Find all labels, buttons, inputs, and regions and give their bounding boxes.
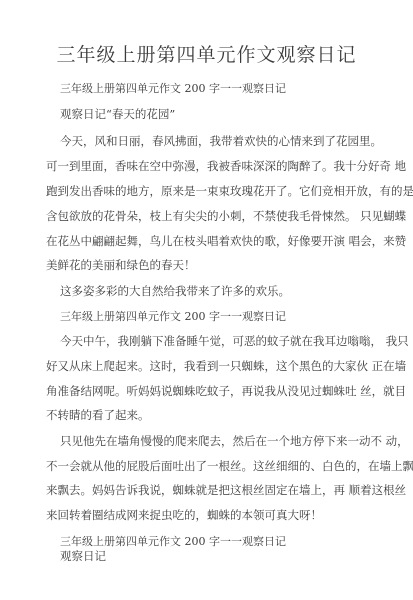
paragraph-line: 不一会就从他的屁股后面吐出了一根丝。这丝细细的、白色的，在墙上飘 bbox=[46, 458, 368, 474]
section-heading: 三年级上册第四单元作文 200 字一一观察日记 bbox=[60, 308, 286, 324]
diary-subtitle: 观察日记 bbox=[60, 548, 106, 564]
paragraph-line: 角准备结网呢。听妈妈说蜘蛛吃蚊子，再说我从没见过蜘蛛吐 丝，就目 bbox=[46, 383, 368, 399]
paragraph-line: 含包欲放的花骨朵，枝上有尖尖的小刺，不禁使我毛骨悚然。 只见蝴蝶 bbox=[46, 208, 368, 224]
paragraph-line: 在花丛中翩翩起舞，鸟儿在枝头唱着欢快的歌，好像要开演 唱会，来赞 bbox=[46, 233, 368, 249]
section-heading: 三年级上册第四单元作文 200 字一一观察日记 bbox=[60, 533, 286, 549]
paragraph-line: 来飘去。妈妈告诉我说，蜘蛛就是把这根丝固定在墙上，再 顺着这根丝 bbox=[46, 482, 368, 498]
paragraph-line: 不转睛的看了起来。 bbox=[46, 407, 368, 423]
paragraph-line: 这多姿多彩的大自然给我带来了许多的欢乐。 bbox=[60, 283, 290, 299]
paragraph-line: 今天中午，我刚躺下准备睡午觉，可恶的蚊子就在我耳边嗡嗡， 我只 bbox=[60, 333, 409, 349]
paragraph-line: 跑到发出香味的地方，原来是一束束玫瑰花开了。它们竞相开放，有的是 bbox=[46, 183, 368, 199]
paragraph-line: 只见他先在墙角慢慢的爬来爬去，然后在一个地方停下来一动不 动， bbox=[60, 433, 409, 449]
document-title: 三年级上册第四单元作文观察日记 bbox=[0, 40, 413, 67]
paragraph-line: 好又从床上爬起来。这时，我看到一只蜘蛛，这个黑色的大家伙 正在墙 bbox=[46, 358, 368, 374]
section-heading: 三年级上册第四单元作文 200 字一一观察日记 bbox=[60, 80, 286, 96]
paragraph-line: 今天，风和日丽，春风拂面，我带着欢快的心情来到了花园里。 bbox=[60, 133, 382, 149]
paragraph-line: 美鲜花的美丽和绿色的春天！ bbox=[46, 257, 368, 273]
paragraph-line: 来回转着圈结成网来捉虫吃的，蜘蛛的本领可真大呀！ bbox=[46, 507, 368, 523]
paragraph-line: 可一到里面，香味在空中弥漫，我被香味深深的陶醉了。我十分好奇 地 bbox=[46, 158, 368, 174]
diary-subtitle: 观察日记“春天的花园” bbox=[60, 106, 175, 122]
document-page: 三年级上册第四单元作文观察日记 三年级上册第四单元作文 200 字一一观察日记 … bbox=[0, 0, 413, 600]
